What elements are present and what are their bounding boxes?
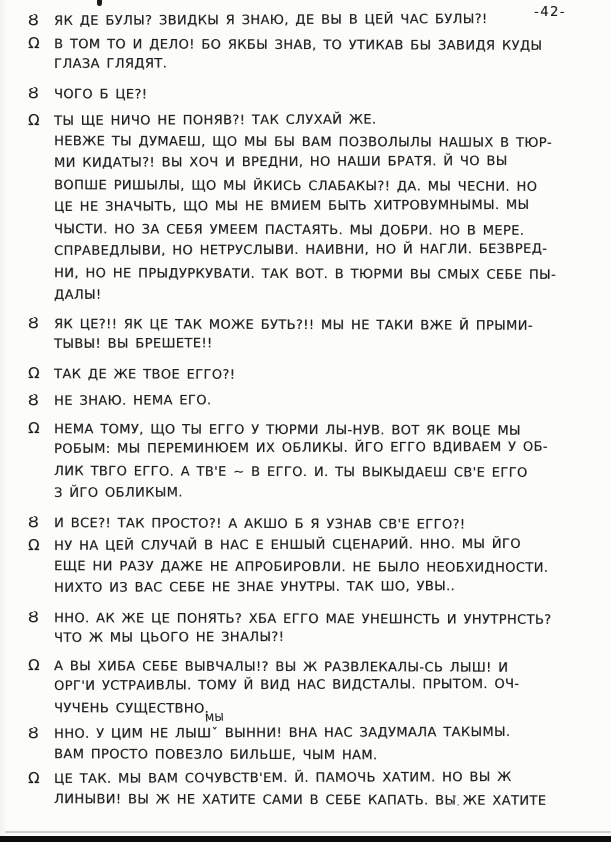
speaker-marker: Ω bbox=[28, 362, 54, 384]
speaker-marker: Ȣ bbox=[28, 312, 54, 334]
dialogue-line: СПРАВЕДЛЫВИ, НО НЕТРУСЛЫВИ. НАИВНИ, НО Й… bbox=[28, 238, 603, 263]
dialogue-line: ДАЛЫ! bbox=[28, 282, 603, 307]
speaker-marker: Ȣ bbox=[28, 389, 54, 411]
dialogue-text: ЯК ДЕ БУЛЫ? ЗВИДКЫ Я ЗНАЮ, ДЕ ВЫ В ЦЕЙ Ч… bbox=[54, 12, 488, 29]
speaker-marker: Ȣ bbox=[28, 82, 54, 104]
dialogue-text: ЧУЧЕНЬ СУЩЕСТВНО. bbox=[54, 701, 209, 717]
dialogue-text: ГЛАЗА ГЛЯДЯТ. bbox=[54, 56, 167, 71]
scan-speck bbox=[97, 0, 102, 6]
scan-edge-bar bbox=[0, 836, 611, 842]
dialogue-text: ТЫВЫ! ВЫ БРЕШЕТЕ!! bbox=[54, 336, 213, 352]
dialogue-line: МИ КИДАТЫ?! ВЫ ХОЧ И ВРЕДНИ, НО НАШИ БРА… bbox=[28, 150, 603, 175]
dialogue-line: ΩТАК ДЕ ЖЕ ТВОЕ ЕГГО?! bbox=[28, 362, 603, 386]
dialogue-line: ЛИНЫВИ! ВЫ Ж НЕ ХАТИТЕ САМИ В СЕБЕ КАПАТ… bbox=[28, 789, 603, 813]
dialogue-text: ОРГ'И УСТРАИВЛЫ. ТОМУ Й ВИД НАС ВИДСТАЛЫ… bbox=[54, 677, 519, 694]
dialogue-line: ȢННО. У ЦИМ НЕ ЛЫШˇ ВЫННИ! ВНА НАС ЗАДУМ… bbox=[28, 719, 603, 744]
inserted-word-above-line: МЫ bbox=[205, 712, 225, 725]
dialogue-text: НУ НА ЦЕЙ СЛУЧАЙ В НАС Е ЕНШЫЙ СЦЕНАРИЙ.… bbox=[54, 537, 521, 554]
dialogue-line: ȢЧОГО Б ЦЕ?! bbox=[28, 82, 603, 106]
dialogue-text: НИХТО ИЗ ВАС СЕБЕ НЕ ЗНАЕ УНУТРЫ. ТАК ШО… bbox=[54, 579, 455, 596]
dialogue-text: РОБЫМ: МЫ ПЕРЕМИНЮЕМ ИХ ОБЛИКЫ. ЙГО ЕГГО… bbox=[54, 440, 548, 457]
dialogue-text: ЦЕ ТАК. МЫ ВАМ СОЧУВСТВ'ЕМ. Й. ПАМОЧЬ ХА… bbox=[54, 770, 512, 787]
dialogue-text: МИ КИДАТЫ?! ВЫ ХОЧ И ВРЕДНИ, НО НАШИ БРА… bbox=[54, 154, 508, 171]
dialogue-line: ΩЦЕ ТАК. МЫ ВАМ СОЧУВСТВ'ЕМ. Й. ПАМОЧЬ Х… bbox=[28, 764, 603, 789]
dialogue-line: ЧУЧЕНЬ СУЩЕСТВНО. bbox=[28, 698, 603, 722]
speaker-marker: Ω bbox=[28, 109, 54, 131]
dialogue-text: ВАМ ПРОСТО ПОВЕЗЛО БИЛЬШЕ, ЧЫМ НАМ. bbox=[54, 747, 378, 763]
scanned-manuscript-page: -42- ȢЯК ДЕ БУЛЫ? ЗВИДКЫ Я ЗНАЮ, ДЕ ВЫ В… bbox=[0, 0, 611, 842]
speaker-marker: Ω bbox=[28, 534, 54, 556]
dialogue-line: ЧТО Ж МЫ ЦЬОГО НЕ ЗНАЛЫ?! bbox=[28, 625, 603, 650]
dialogue-line: ГЛАЗА ГЛЯДЯТ. bbox=[28, 51, 603, 76]
dialogue-line: ОРГ'И УСТРАИВЛЫ. ТОМУ Й ВИД НАС ВИДСТАЛЫ… bbox=[28, 673, 603, 698]
dialogue-line: РОБЫМ: МЫ ПЕРЕМИНЮЕМ ИХ ОБЛИКЫ. ЙГО ЕГГО… bbox=[28, 436, 603, 461]
speaker-marker: Ȣ bbox=[28, 511, 54, 533]
speaker-marker: Ȣ bbox=[28, 9, 54, 31]
speaker-marker: Ω bbox=[28, 767, 54, 789]
dialogue-text: СПРАВЕДЛЫВИ, НО НЕТРУСЛЫВИ. НАИВНИ, НО Й… bbox=[54, 242, 547, 259]
dialogue-text: ТАК ДЕ ЖЕ ТВОЕ ЕГГО?! bbox=[54, 367, 235, 383]
dialogue-text: НЕВЖЕ ТЫ ДУМАЕШ, ЩО МЫ БЫ ВАМ ПОЗВОЛЫЛЫ … bbox=[54, 134, 552, 151]
dialogue-line: ЦЕ НЕ ЗНАЧЫТЬ, ЩО МЫ НЕ ВМИЕМ БЫТЬ ХИТРО… bbox=[28, 194, 603, 219]
dialogue-text: И ВСЕ?! ТАК ПРОСТО?! А АКШО Б Я УЗНАВ СВ… bbox=[54, 516, 465, 532]
dialogue-text-block: ȢЯК ДЕ БУЛЫ? ЗВИДКЫ Я ЗНАЮ, ДЕ ВЫ В ЦЕЙ … bbox=[28, 9, 603, 811]
dialogue-text: ННО. У ЦИМ НЕ ЛЫШˇ ВЫННИ! ВНА НАС ЗАДУМА… bbox=[54, 725, 510, 742]
dialogue-text: НЕ ЗНАЮ. НЕМА ЕГО. bbox=[54, 393, 211, 409]
dialogue-text: ЧОГО Б ЦЕ?! bbox=[54, 87, 147, 102]
speaker-marker: Ȣ bbox=[28, 722, 54, 744]
dialogue-line: З ЙГО ОБЛИКЫМ. bbox=[28, 480, 603, 505]
speaker-marker: Ω bbox=[28, 654, 54, 676]
dialogue-text: З ЙГО ОБЛИКЫМ. bbox=[54, 485, 183, 501]
dialogue-text: ДАЛЫ! bbox=[54, 288, 102, 303]
dialogue-text: ЛИК ТВГО ЕГГО. А ТВ'Е ~ В ЕГГО. И. ТЫ ВЫ… bbox=[54, 464, 528, 481]
dialogue-line: НИХТО ИЗ ВАС СЕБЕ НЕ ЗНАЕ УНУТРЫ. ТАК ШО… bbox=[28, 575, 603, 600]
dialogue-text: ЧЫСТИ. НО ЗА СЕБЯ УМЕЕМ ПАСТАЯТЬ. МЫ ДОБ… bbox=[54, 222, 524, 239]
dialogue-text: ВОПШЕ РИШЫЛЫ, ЩО МЫ ЙКИСЬ СЛАБАКЫ?! ДА. … bbox=[54, 178, 537, 195]
speaker-marker: Ȣ bbox=[28, 606, 54, 628]
dialogue-text: ТЫ ЩЕ НИЧО НЕ ПОНЯВ?! ТАК СЛУХАЙ ЖЕ. bbox=[54, 112, 376, 128]
dialogue-text: ЦЕ НЕ ЗНАЧЫТЬ, ЩО МЫ НЕ ВМИЕМ БЫТЬ ХИТРО… bbox=[54, 198, 529, 215]
dialogue-line: ΩТЫ ЩЕ НИЧО НЕ ПОНЯВ?! ТАК СЛУХАЙ ЖЕ. bbox=[28, 106, 603, 131]
dialogue-text: А ВЫ ХИБА СЕБЕ ВЫВЧАЛЫ!? ВЫ Ж РАЗВЛЕКАЛЫ… bbox=[54, 659, 508, 676]
dialogue-line: ТЫВЫ! ВЫ БРЕШЕТЕ!! bbox=[28, 331, 603, 356]
dialogue-line: ȢНЕ ЗНАЮ. НЕМА ЕГО. bbox=[28, 386, 603, 411]
dialogue-text: ЧТО Ж МЫ ЦЬОГО НЕ ЗНАЛЫ?! bbox=[54, 630, 284, 646]
dialogue-text: НИ, НО НЕ ПРЫДУРКУВАТИ. ТАК ВОТ. В ТЮРМИ… bbox=[54, 266, 556, 283]
dialogue-text: ЕЩЕ НИ РАЗУ ДАЖЕ НЕ АПРОБИРОВЛИ. НЕ БЫЛО… bbox=[54, 559, 548, 576]
dialogue-line: ȢЯК ДЕ БУЛЫ? ЗВИДКЫ Я ЗНАЮ, ДЕ ВЫ В ЦЕЙ … bbox=[28, 6, 603, 31]
speaker-marker: Ω bbox=[28, 417, 54, 439]
speaker-marker: Ω bbox=[28, 32, 54, 54]
dialogue-text: ЛИНЫВИ! ВЫ Ж НЕ ХАТИТЕ САМИ В СЕБЕ КАПАТ… bbox=[54, 792, 546, 809]
scan-edge-line bbox=[5, 831, 611, 833]
dialogue-line: ΩНУ НА ЦЕЙ СЛУЧАЙ В НАС Е ЕНШЫЙ СЦЕНАРИЙ… bbox=[28, 531, 603, 556]
